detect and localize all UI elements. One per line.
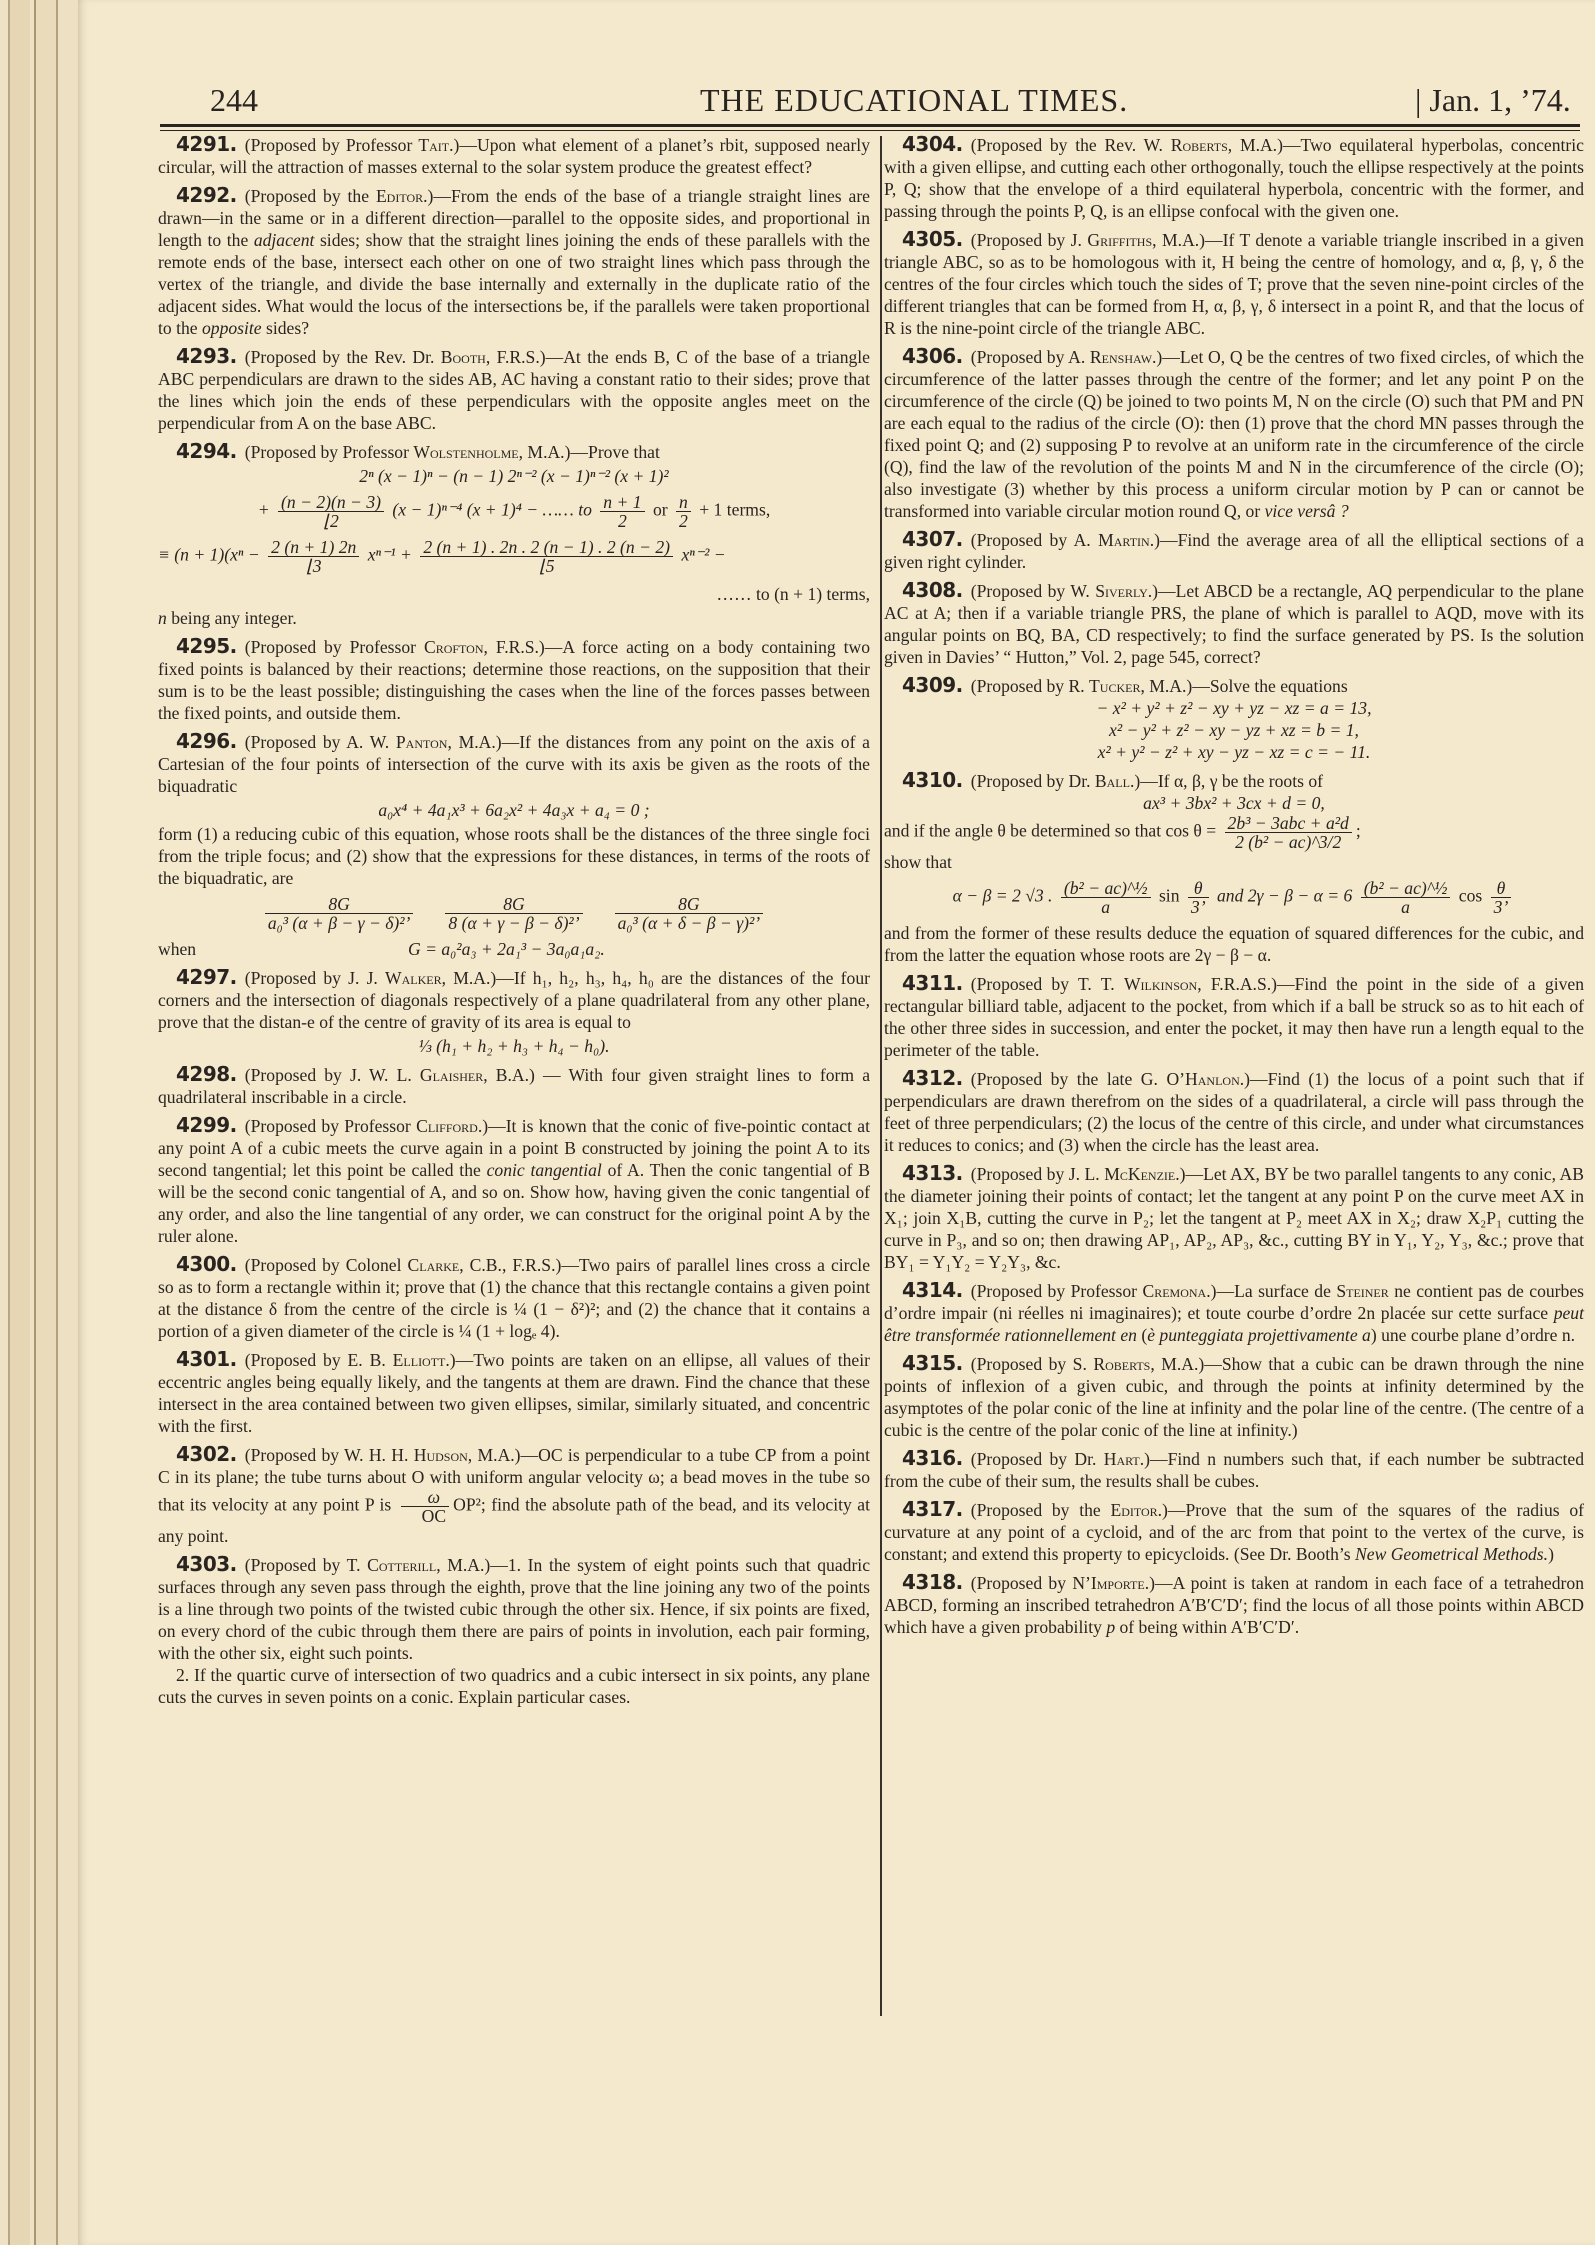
header-rule-thick: [160, 124, 1580, 127]
fraction: ωOC: [401, 1488, 449, 1525]
running-header: 244 THE EDUCATIONAL TIMES. | Jan. 1, ’74…: [130, 82, 1595, 122]
fraction: 8Ga₀³ (α + β − γ − δ)²’: [265, 895, 414, 932]
proposer-name: Martin: [1098, 530, 1150, 550]
proposer-name: Crofton: [424, 637, 484, 657]
proposer-name: Hudson: [414, 1445, 468, 1465]
page-edge: [34, 0, 56, 2245]
problem-number: 4301.: [176, 1347, 237, 1371]
proposer-name: Wilkinson: [1124, 974, 1197, 994]
problem-number: 4303.: [176, 1552, 237, 1576]
fraction: 2b³ − 3abc + a²d2 (b² − ac)^3/2: [1225, 814, 1352, 851]
fraction: θ3’: [1491, 879, 1512, 916]
proposer-name: Editor: [1110, 1500, 1157, 1520]
problem-4316: 4316.(Proposed by Dr. Hart.)—Find n numb…: [884, 1447, 1584, 1492]
proposer-name: Elliott: [393, 1350, 446, 1370]
fraction: (b² − ac)^½a: [1061, 879, 1151, 916]
problem-number: 4316.: [902, 1446, 963, 1470]
fraction: n + 12: [600, 493, 644, 530]
proposer-name: Clarke: [408, 1255, 460, 1275]
problem-4294: 4294.(Proposed by Professor Wolstenholme…: [158, 440, 870, 629]
problem-number: 4309.: [902, 673, 963, 697]
proposer-name: Ball: [1095, 771, 1130, 791]
problem-4313: 4313.(Proposed by J. L. McKenzie.)—Let A…: [884, 1162, 1584, 1273]
problem-4296: 4296.(Proposed by A. W. Panton, M.A.)—If…: [158, 730, 870, 960]
page-stack-edges: [0, 0, 80, 2245]
problem-number: 4307.: [902, 527, 963, 551]
problem-4317: 4317.(Proposed by the Editor.)—Prove tha…: [884, 1498, 1584, 1565]
problem-number: 4310.: [902, 768, 963, 792]
proposer-name: Editor: [376, 186, 423, 206]
equation: a₀x⁴ + 4a₁x³ + 6a₂x² + 4a₃x + a₄ = 0 ;: [158, 799, 870, 821]
proposer-name: Tucker: [1089, 676, 1140, 696]
issue-date: | Jan. 1, ’74.: [1415, 82, 1571, 119]
proposer-name: Glaisher: [420, 1065, 483, 1085]
left-column: 4291.(Proposed by Professor Tait.)—Upon …: [158, 133, 870, 1714]
equation: ≡ (n + 1)(xⁿ − 2 (n + 1) 2n⌊3 xⁿ⁻¹ + 2 (…: [158, 538, 870, 575]
problem-4315: 4315.(Proposed by S. Roberts, M.A.)—Show…: [884, 1352, 1584, 1441]
proposer-name: McKenzie: [1104, 1164, 1175, 1184]
proposer-name: Walker: [385, 968, 442, 988]
proposer-name: Renshaw: [1090, 347, 1152, 367]
problem-4299: 4299.(Proposed by Professor Clifford.)—I…: [158, 1114, 870, 1247]
problem-number: 4306.: [902, 344, 963, 368]
fraction: 8G8 (α + γ − β − δ)²’: [445, 895, 582, 932]
equation: + (n − 2)(n − 3)⌊2 (x − 1)ⁿ⁻⁴ (x + 1)⁴ −…: [158, 493, 870, 530]
problem-4309: 4309.(Proposed by R. Tucker, M.A.)—Solve…: [884, 674, 1584, 763]
problem-number: 4294.: [176, 439, 237, 463]
problem-number: 4313.: [902, 1161, 963, 1185]
problem-4295: 4295.(Proposed by Professor Crofton, F.R…: [158, 635, 870, 724]
header-rule-thin: [160, 130, 1580, 131]
problem-number: 4293.: [176, 344, 237, 368]
problem-number: 4298.: [176, 1062, 237, 1086]
problem-number: 4311.: [902, 971, 963, 995]
problem-number: 4317.: [902, 1497, 963, 1521]
problem-number: 4295.: [176, 634, 237, 658]
problem-number: 4314.: [902, 1278, 963, 1302]
equation: x² − y² + z² − xy − yz + xz = b = 1,: [884, 719, 1584, 741]
problem-4301: 4301.(Proposed by E. B. Elliott.)—Two po…: [158, 1348, 870, 1437]
page-edge: [8, 0, 30, 2245]
fraction: n2: [676, 493, 691, 530]
publication-title: THE EDUCATIONAL TIMES.: [700, 82, 1128, 119]
column-divider: [880, 136, 882, 2016]
problem-number: 4305.: [902, 227, 963, 251]
equation: 2ⁿ (x − 1)ⁿ − (n − 1) 2ⁿ⁻² (x − 1)ⁿ⁻² (x…: [158, 465, 870, 487]
fraction: θ3’: [1188, 879, 1209, 916]
problem-number: 4300.: [176, 1252, 237, 1276]
fraction: 8Ga₀³ (α + δ − β − γ)²’: [615, 895, 764, 932]
problem-number: 4291.: [176, 132, 237, 156]
equation: G = a₀²a₃ + 2a₁³ − 3a₀a₁a₂.: [308, 938, 870, 960]
fraction: 2 (n + 1) 2n⌊3: [268, 538, 359, 575]
problem-number: 4312.: [902, 1066, 963, 1090]
problem-number: 4292.: [176, 183, 237, 207]
proposer-name: O’Hanlon: [1166, 1069, 1239, 1089]
problem-4298: 4298.(Proposed by J. W. L. Glaisher, B.A…: [158, 1063, 870, 1108]
proposer-name: Siverly: [1095, 581, 1148, 601]
problem-number: 4318.: [902, 1570, 963, 1594]
proposer-name: Tait: [418, 135, 449, 155]
fraction: (n − 2)(n − 3)⌊2: [278, 493, 384, 530]
problem-4318: 4318.(Proposed by N’Importe.)—A point is…: [884, 1571, 1584, 1638]
equation: ax³ + 3bx² + 3cx + d = 0,: [884, 792, 1584, 814]
problem-number: 4308.: [902, 578, 963, 602]
page-edge: [56, 0, 80, 2245]
problem-number: 4315.: [902, 1351, 963, 1375]
proposer-name: Cotterill: [367, 1555, 436, 1575]
page-number: 244: [210, 82, 258, 119]
proposer-name: Roberts: [1093, 1354, 1150, 1374]
problem-number: 4297.: [176, 965, 237, 989]
problem-4314: 4314.(Proposed by Professor Cremona.)—La…: [884, 1279, 1584, 1346]
problem-number: 4299.: [176, 1113, 237, 1137]
proposer-name: Wolstenholme: [413, 442, 518, 462]
proposer-name: N’Importe: [1072, 1573, 1144, 1593]
problem-4307: 4307.(Proposed by A. Martin.)—Find the a…: [884, 528, 1584, 573]
proposer-name: Clifford: [416, 1116, 478, 1136]
problem-4293: 4293.(Proposed by the Rev. Dr. Booth, F.…: [158, 345, 870, 434]
problem-4300: 4300.(Proposed by Colonel Clarke, C.B., …: [158, 1253, 870, 1342]
proposer-name: Panton: [396, 732, 448, 752]
proposer-name: Griffiths: [1087, 230, 1152, 250]
problem-4297: 4297.(Proposed by J. J. Walker, M.A.)—If…: [158, 966, 870, 1057]
problem-number: 4296.: [176, 729, 237, 753]
proposer-name: Hart: [1104, 1449, 1140, 1469]
fraction: 2 (n + 1) . 2n . 2 (n − 1) . 2 (n − 2)⌊5: [420, 538, 673, 575]
problem-4303: 4303.(Proposed by T. Cotterill, M.A.)—1.…: [158, 1553, 870, 1708]
equation: x² + y² − z² + xy − yz − xz = c = − 11.: [884, 741, 1584, 763]
equation: 8Ga₀³ (α + β − γ − δ)²’ 8G8 (α + γ − β −…: [158, 895, 870, 932]
problem-number: 4304.: [902, 132, 963, 156]
proposer-name: Booth: [441, 347, 486, 367]
equation: α − β = 2 √3 . (b² − ac)^½a sin θ3’ and …: [884, 879, 1584, 916]
problem-4291: 4291.(Proposed by Professor Tait.)—Upon …: [158, 133, 870, 178]
problem-4302: 4302.(Proposed by W. H. H. Hudson, M.A.)…: [158, 1443, 870, 1547]
problem-4312: 4312.(Proposed by the late G. O’Hanlon.)…: [884, 1067, 1584, 1156]
problem-4306: 4306.(Proposed by A. Renshaw.)—Let O, Q …: [884, 345, 1584, 522]
proposer-name: Cremona: [1142, 1281, 1206, 1301]
problem-4292: 4292.(Proposed by the Editor.)—From the …: [158, 184, 870, 339]
equation: − x² + y² + z² − xy + yz − xz = a = 13,: [884, 697, 1584, 719]
problem-4304: 4304.(Proposed by the Rev. W. Roberts, M…: [884, 133, 1584, 222]
equation: …… to (n + 1) terms,: [158, 583, 870, 605]
equation: ⅓ (h₁ + h₂ + h₃ + h₄ − h₀).: [158, 1035, 870, 1057]
fraction: (b² − ac)^½a: [1361, 879, 1451, 916]
problem-number: 4302.: [176, 1442, 237, 1466]
problem-4310: 4310.(Proposed by Dr. Ball.)—If α, β, γ …: [884, 769, 1584, 966]
problem-4311: 4311.(Proposed by T. T. Wilkinson, F.R.A…: [884, 972, 1584, 1061]
problem-4308: 4308.(Proposed by W. Siverly.)—Let ABCD …: [884, 579, 1584, 668]
right-column: 4304.(Proposed by the Rev. W. Roberts, M…: [884, 133, 1584, 1644]
problem-4305: 4305.(Proposed by J. Griffiths, M.A.)—If…: [884, 228, 1584, 339]
proposer-name: Roberts: [1171, 135, 1228, 155]
